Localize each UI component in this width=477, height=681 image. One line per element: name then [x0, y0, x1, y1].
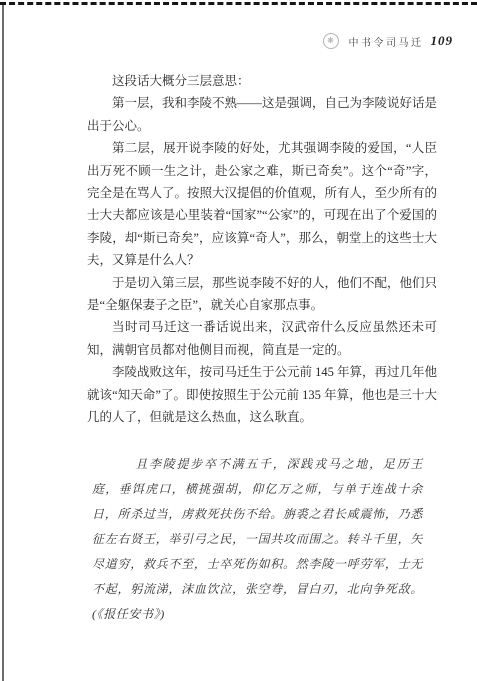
- running-header: ❋ 中书令司马迁 109: [323, 32, 454, 50]
- page-number: 109: [431, 33, 454, 49]
- top-dashed-cut-line: [0, 2, 477, 5]
- left-spine-line: [2, 5, 4, 681]
- page-content: 这段话大概分三层意思： 第一层，我和李陵不熟——这是强调，自己为李陵说好话是出于…: [87, 70, 437, 627]
- paragraph-layer-1: 第一层，我和李陵不熟——这是强调，自己为李陵说好话是出于公心。: [87, 92, 437, 137]
- paragraph-layer-3: 于是切入第三层，那些说李陵不好的人，他们不配，他们只是“全躯保妻子之臣”，就关心…: [87, 272, 437, 317]
- publisher-seal-icon: ❋: [323, 33, 339, 49]
- paragraph-layer-2: 第二层，展开说李陵的好处，尤其强调李陵的爱国，“人臣出万死不顾一生之计，赴公家之…: [87, 137, 437, 271]
- chapter-title: 中书令司马迁: [349, 34, 424, 49]
- paragraph-age: 李陵战败这年，按司马迁生于公元前 145 年算，再过几年他就该“知天命”了。即使…: [87, 361, 437, 428]
- paragraph-reaction: 当时司马迁这一番话说出来，汉武帝什么反应虽然还未可知，满朝官员都对他侧目而视，简…: [87, 316, 437, 361]
- book-page: ❋ 中书令司马迁 109 这段话大概分三层意思： 第一层，我和李陵不熟——这是强…: [0, 0, 477, 681]
- quote-block-bao-ren-an-shu: 且李陵提步卒不满五千，深践戎马之地，足历王庭，垂饵虎口，横挑强胡，仰亿万之师，与…: [92, 452, 423, 627]
- paragraph-intro: 这段话大概分三层意思：: [87, 70, 437, 92]
